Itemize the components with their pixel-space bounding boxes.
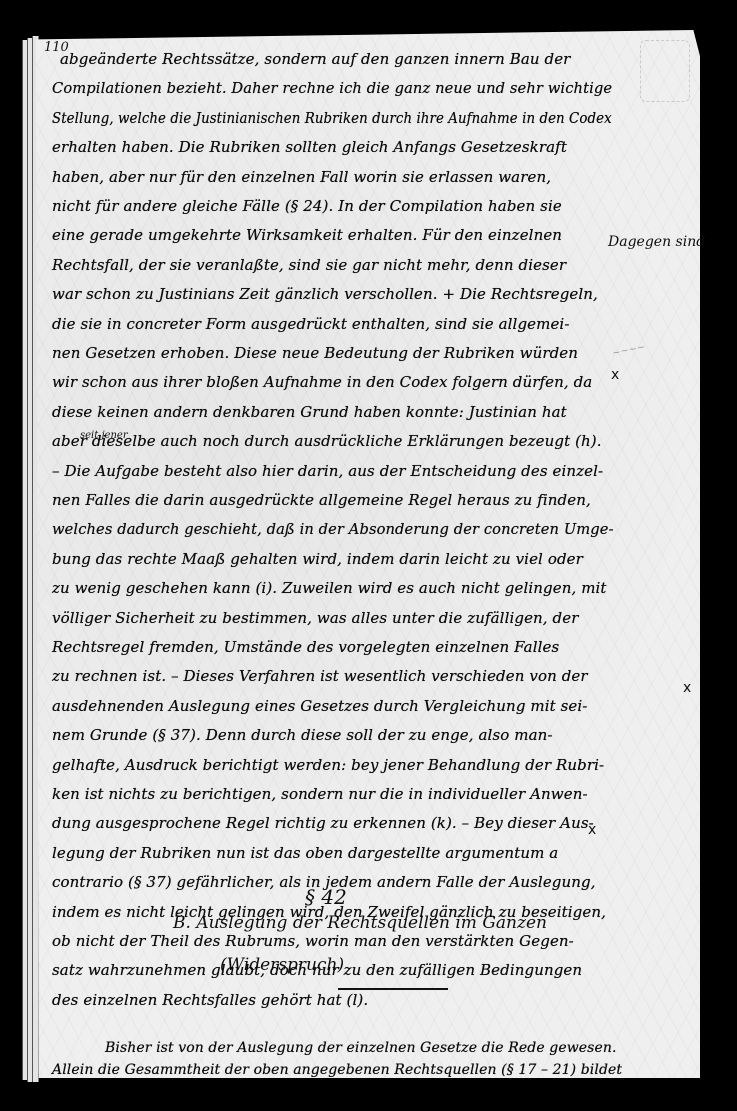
text-line: wir schon aus ihrer bloßen Aufnahme in d… (52, 373, 614, 391)
text-line: ausdehnenden Auslegung eines Gesetzes du… (52, 697, 614, 715)
text-line: nen Gesetzen erhoben. Diese neue Bedeutu… (52, 344, 614, 362)
text-line: welches dadurch geschieht, daß in der Ab… (52, 520, 601, 538)
text-line: dung ausgesprochene Regel richtig zu erk… (52, 814, 614, 832)
text-line: Rechtsregel fremden, Umstände des vorgel… (52, 638, 614, 656)
text-line: Stellung, welche die Justinianischen Rub… (52, 109, 550, 127)
text-line: legung der Rubriken nun ist das oben dar… (52, 844, 614, 862)
section-number: § 42 (305, 885, 347, 909)
margin-x-mark: x (611, 367, 619, 383)
text-line: nem Grunde (§ 37). Denn durch diese soll… (52, 726, 614, 744)
text-line: Allein die Gesammtheit der oben angegebe… (52, 1062, 657, 1078)
section-rule (338, 988, 448, 990)
text-line: nen Falles die darin ausgedrückte allgem… (52, 491, 614, 509)
margin-x-mark: x (588, 822, 596, 838)
text-line: war schon zu Justinians Zeit gänzlich ve… (52, 285, 614, 303)
section-subtitle: (Widerspruch) (220, 955, 340, 975)
text-line: zu rechnen ist. – Dieses Verfahren ist w… (52, 667, 614, 685)
margin-x-mark: x (683, 680, 691, 696)
library-stamp (640, 40, 690, 102)
text-line: zu wenig geschehen kann (i). Zuweilen wi… (52, 579, 614, 597)
text-line: des einzelnen Rechtsfalles gehört hat (l… (52, 991, 614, 1009)
text-line: aber dieselbe auch noch durch ausdrückli… (52, 432, 614, 450)
text-line: völliger Sicherheit zu bestimmen, was al… (52, 609, 614, 627)
text-line: abgeänderte Rechtssätze, sondern auf den… (60, 50, 620, 68)
text-line: gelhafte, Ausdruck berichtigt werden: be… (52, 756, 614, 774)
margin-note-dagegen: Dagegen sind (608, 234, 705, 250)
text-line: ken ist nichts zu berichtigen, sondern n… (52, 785, 614, 803)
text-line: Bisher ist von der Auslegung der einzeln… (105, 1040, 635, 1056)
text-line: ob nicht der Theil des Rubrums, worin ma… (52, 932, 614, 950)
text-line: erhalten haben. Die Rubriken sollten gle… (52, 138, 612, 156)
text-line: diese keinen andern denkbaren Grund habe… (52, 403, 614, 421)
section-title: B. Auslegung der Rechtsquellen im Ganzen (160, 913, 560, 933)
text-line: Rechtsfall, der sie veranlaßte, sind sie… (52, 256, 614, 274)
text-line: Compilationen bezieht. Daher rechne ich … (52, 79, 600, 97)
text-line: nicht für andere gleiche Fälle (§ 24). I… (52, 197, 614, 215)
text-line: eine gerade umgekehrte Wirksamkeit erhal… (52, 226, 614, 244)
text-line: – Die Aufgabe besteht also hier darin, a… (52, 462, 614, 480)
text-line: bung das rechte Maaß gehalten wird, inde… (52, 550, 614, 568)
text-line: die sie in concreter Form ausgedrückt en… (52, 315, 614, 333)
interlinear-note: seit jener (80, 430, 128, 441)
text-line: haben, aber nur für den einzelnen Fall w… (52, 168, 612, 186)
